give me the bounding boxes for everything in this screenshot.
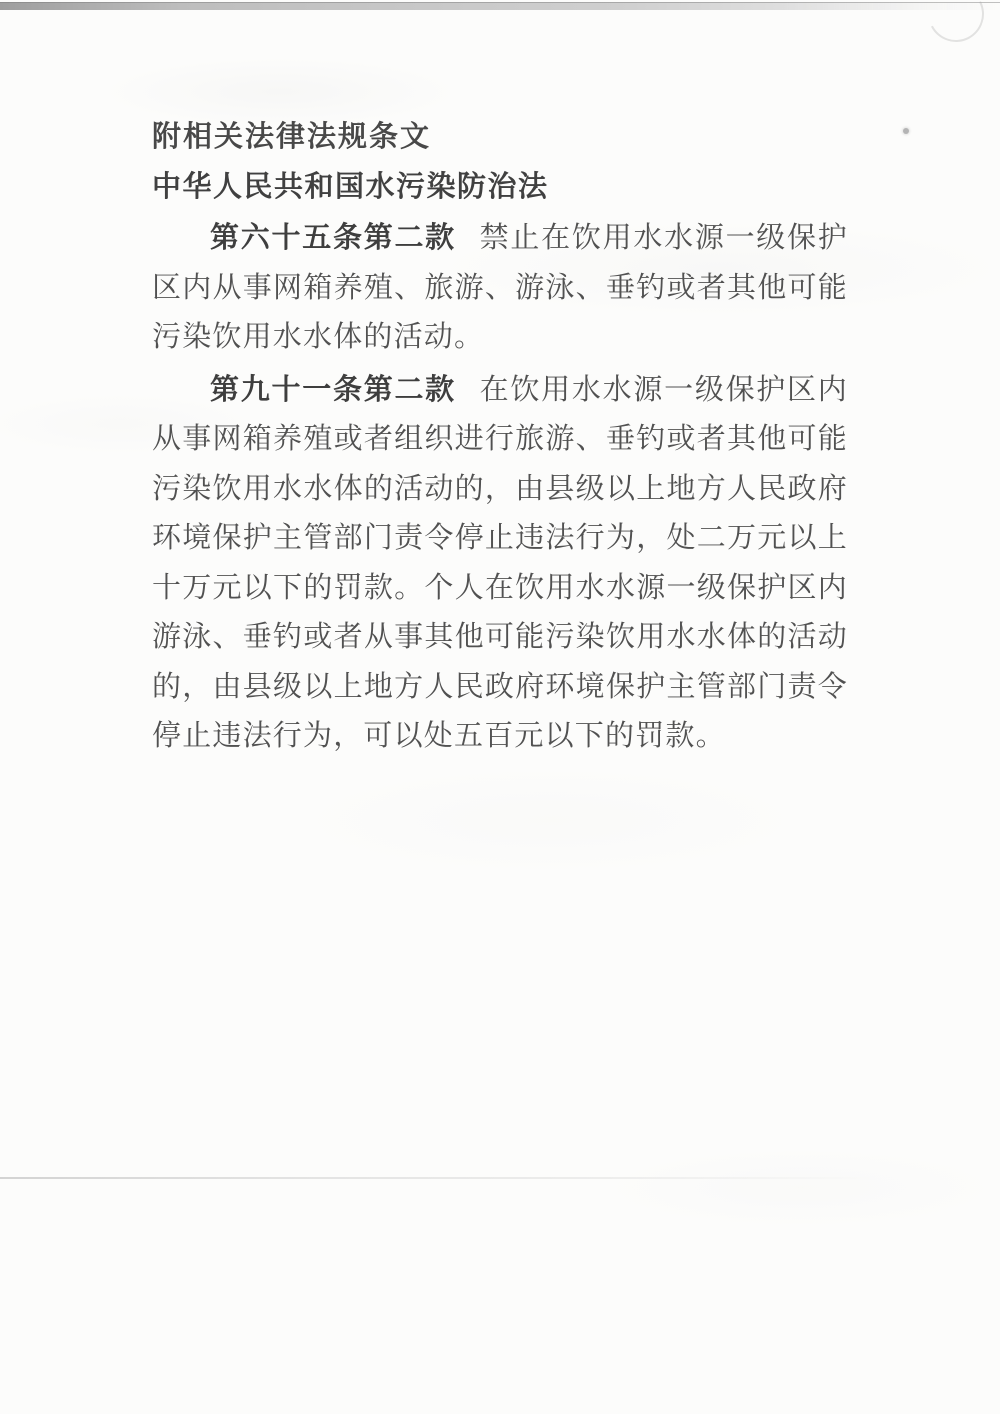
- article-paragraph: 第九十一条第二款在饮用水水源一级保护区内从事网箱养殖或者组织进行旅游、垂钓或者其…: [152, 365, 848, 761]
- page-curl-mark: [921, 0, 992, 49]
- fold-crease-line: [0, 1177, 872, 1179]
- attachment-title: 附相关法律法规条文: [152, 112, 848, 160]
- document-text-block: 附相关法律法规条文 中华人民共和国水污染防治法 第六十五条第二款禁止在饮用水水源…: [152, 112, 848, 761]
- scan-edge-band: [0, 2, 1000, 10]
- law-title: 中华人民共和国水污染防治法: [152, 162, 848, 210]
- scan-speck: [903, 128, 909, 134]
- article-paragraph: 第六十五条第二款禁止在饮用水水源一级保护区内从事网箱养殖、旅游、游泳、垂钓或者其…: [152, 213, 848, 362]
- scanned-document-page: 附相关法律法规条文 中华人民共和国水污染防治法 第六十五条第二款禁止在饮用水水源…: [0, 0, 1000, 1414]
- clause-heading: 第六十五条第二款: [210, 220, 456, 254]
- clause-heading: 第九十一条第二款: [210, 372, 456, 406]
- article-text: 在饮用水水源一级保护区内从事网箱养殖或者组织进行旅游、垂钓或者其他可能污染饮用水…: [152, 372, 848, 753]
